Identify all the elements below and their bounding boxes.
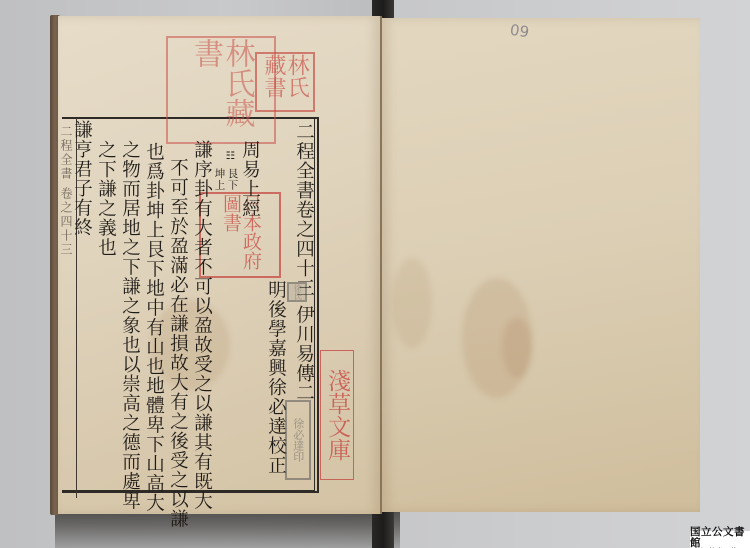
hexagram-note-lower: 艮下 (227, 168, 238, 191)
body-column-3: 也爲卦坤上艮下地中有山也地體卑下山高大 (144, 142, 163, 513)
watermark-jp: 国立公文書館 (690, 527, 750, 548)
editor-column: 明後學嘉興徐必達校正 (266, 280, 285, 475)
body-column-2: 不可至於盈滿必在謙損故大有之後受之以謙 (168, 158, 187, 529)
body-column-1: 謙序卦有大者不可以盈故受之以謙其有既大 (192, 140, 211, 511)
title-column: 二程全書卷之四十三 (294, 122, 313, 298)
hexagram-symbol: ☷ (225, 150, 236, 163)
right-page (382, 18, 700, 512)
national-archives-watermark: 国立公文書館 National Archives of Japan (690, 531, 750, 548)
hexagram-note-upper: 坤上 (214, 168, 225, 191)
book-shadow (55, 510, 400, 548)
pencil-annotation: 09 (509, 21, 530, 41)
author-column: 伊川易傳二 (294, 305, 313, 403)
page-gutter (380, 16, 382, 514)
body-column-4: 之物而居地之下謙之象也以崇高之德而處卑 (120, 140, 139, 511)
seal-asakusa-bunko: 淺草文庫 (320, 350, 354, 480)
body-column-5: 之下謙之義也 (96, 140, 115, 257)
section-heading: 周易上經 (240, 140, 259, 218)
seal-grey-bottom: 徐必達印 (285, 400, 311, 480)
seal-top-right: 林氏藏書 (255, 52, 315, 112)
body-column-6: 謙亨君子有終 (72, 120, 91, 237)
